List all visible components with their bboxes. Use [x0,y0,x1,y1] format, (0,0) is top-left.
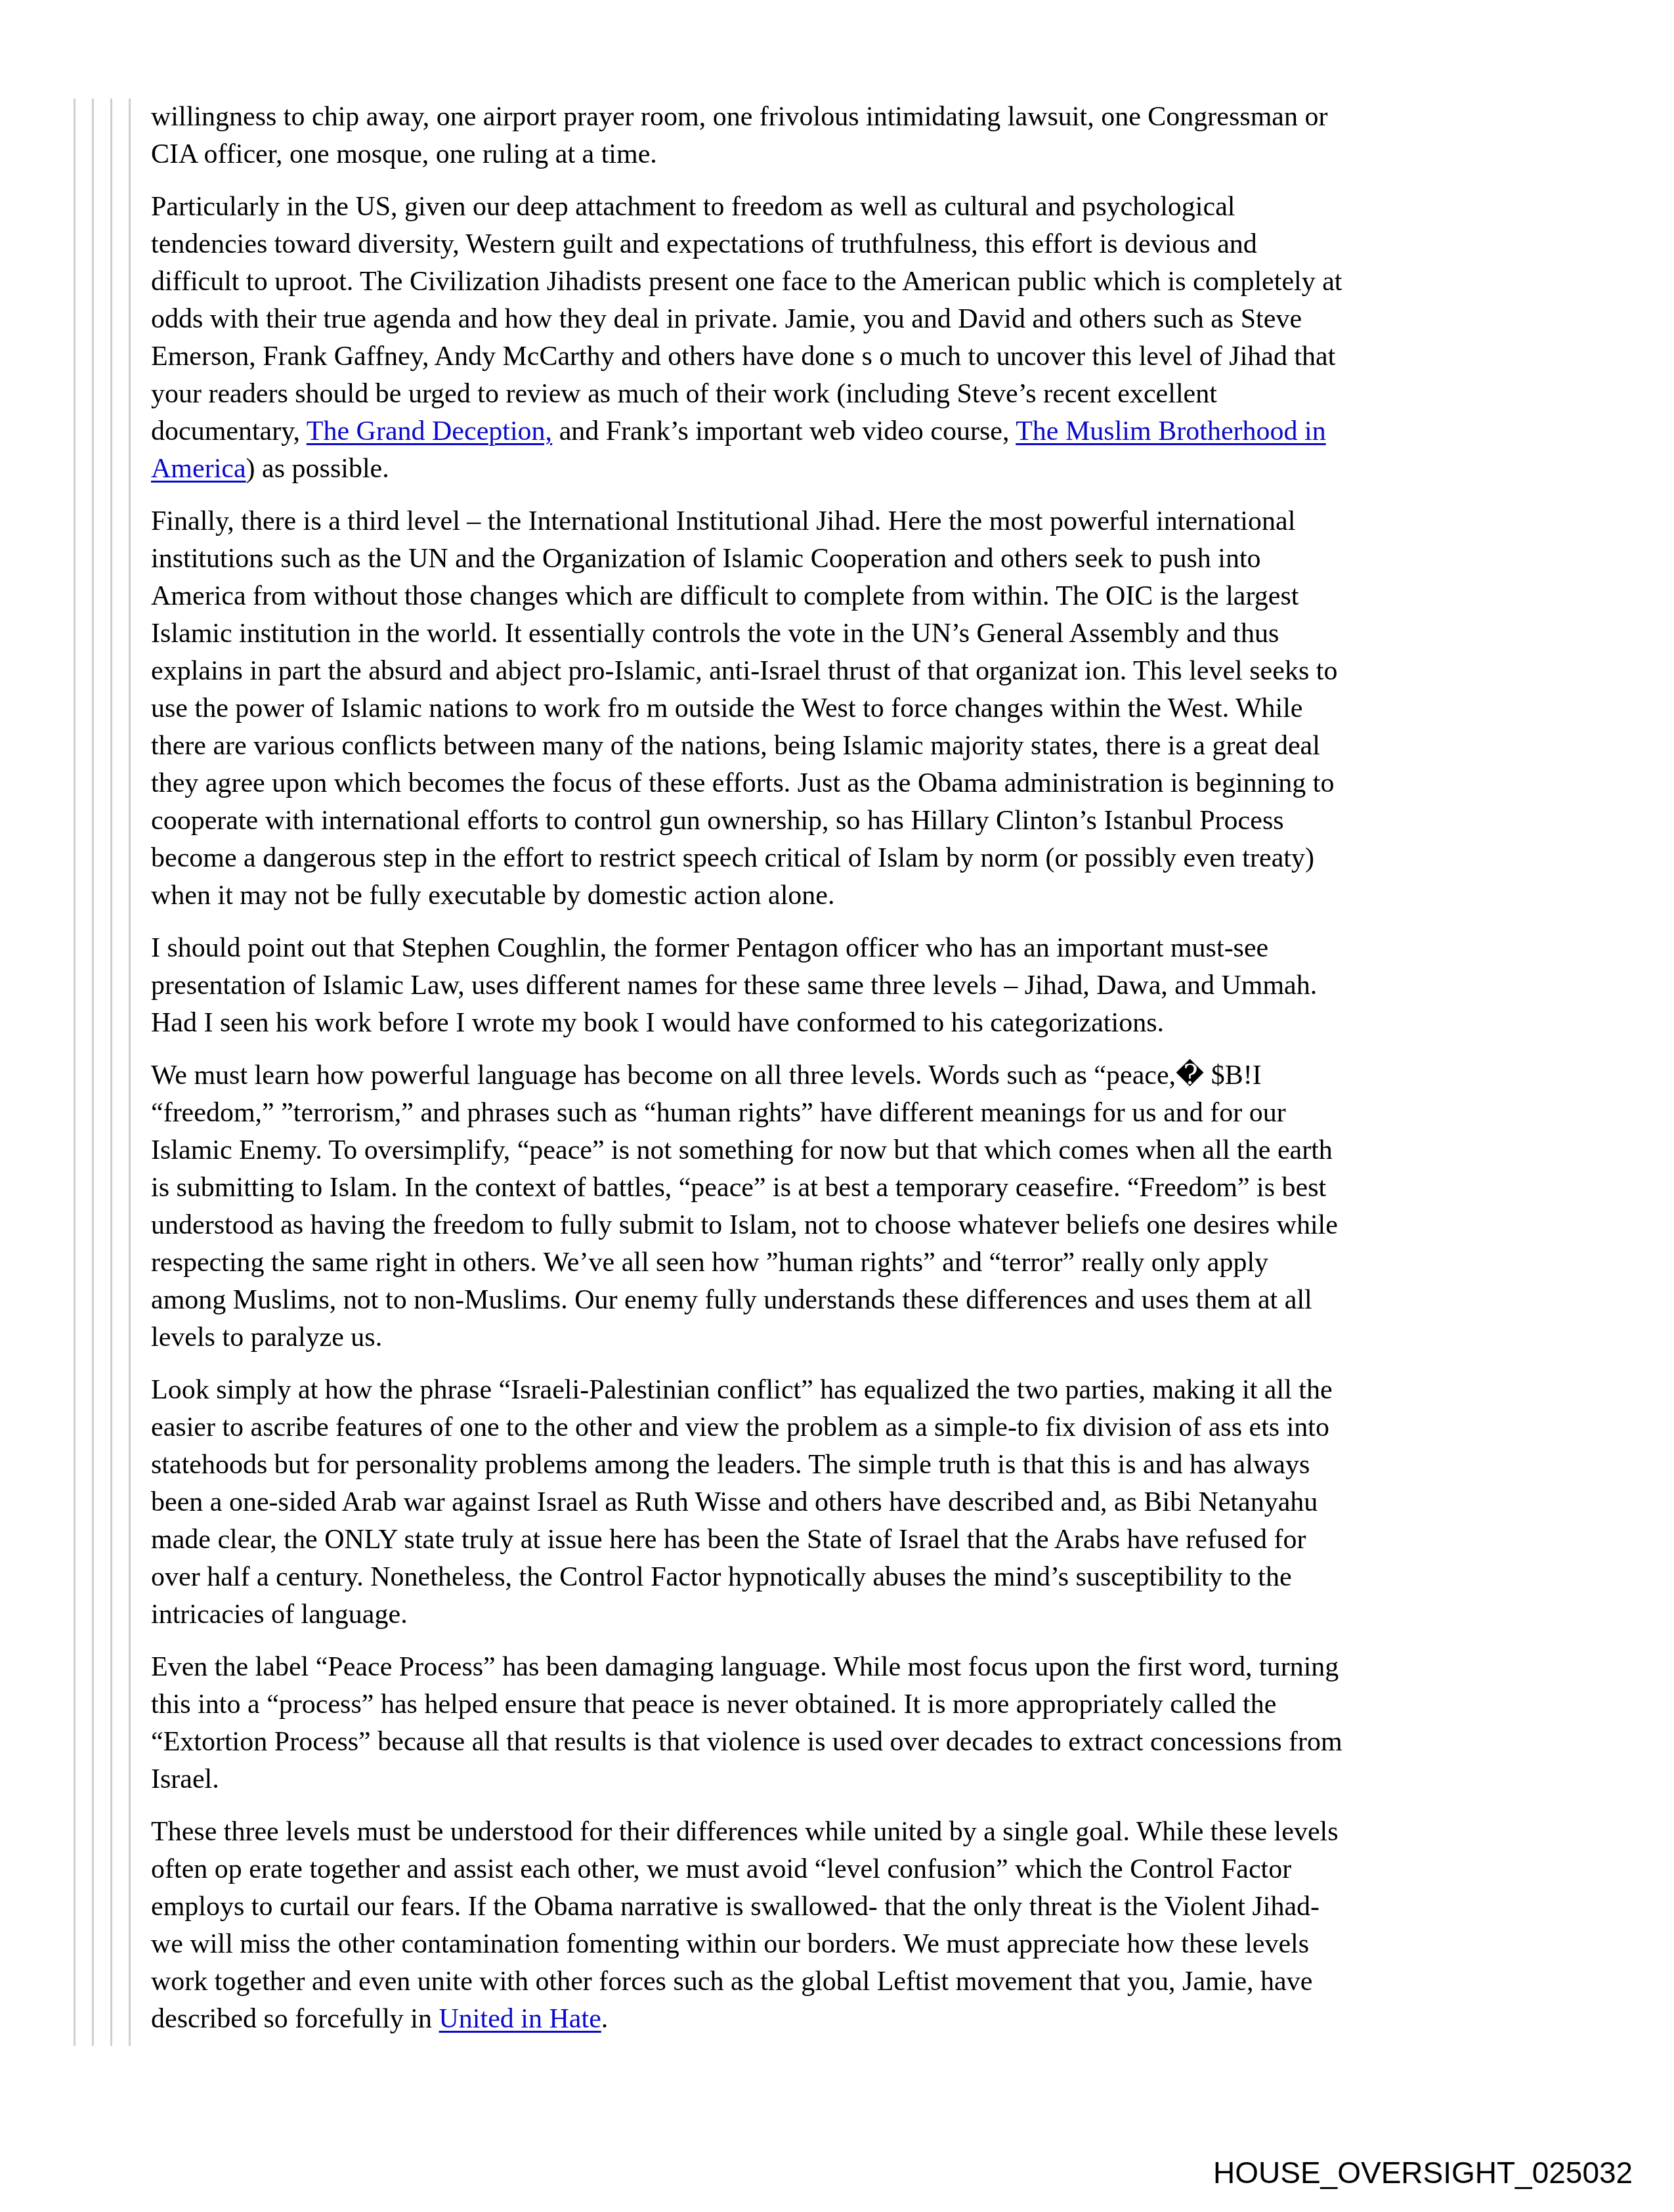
text-line: become a dangerous step in the effort to… [151,840,1569,877]
text-line: Emerson, Frank Gaffney, Andy McCarthy an… [151,338,1569,376]
text-line: “freedom,” ”terrorism,” and phrases such… [151,1095,1569,1132]
text-line: when it may not be fully executable by d… [151,877,1569,915]
text-line: intricacies of language. [151,1596,1569,1634]
text-line: there are various conflicts between many… [151,727,1569,765]
paragraph-peace-process: Even the label “Peace Process” has been … [151,1649,1569,1798]
text-fragment: and Frank’s important web video course, [552,416,1016,446]
text-line: “Extortion Process” because all that res… [151,1724,1569,1761]
document-body: willingness to chip away, one airport pr… [151,98,1569,2053]
text-line: tendencies toward diversity, Western gui… [151,226,1569,263]
paragraph-coughlin: I should point out that Stephen Coughlin… [151,930,1569,1042]
text-line: we will miss the other contamination fom… [151,1926,1569,1963]
bates-number: HOUSE_OVERSIGHT_025032 [1213,2155,1633,2190]
link-the-grand-deception[interactable]: The Grand Deception, [307,416,552,446]
text-line: These three levels must be understood fo… [151,1813,1569,1851]
text-line: described so forcefully in United in Hat… [151,2001,1569,2038]
quote-bar-3 [110,98,112,2046]
text-line: documentary, The Grand Deception, and Fr… [151,413,1569,450]
quote-bar-4 [129,98,131,2046]
text-line: America) as possible. [151,450,1569,488]
text-line: understood as having the freedom to full… [151,1207,1569,1244]
text-line: odds with their true agenda and how they… [151,301,1569,338]
text-line: often op erate together and assist each … [151,1851,1569,1888]
text-line: statehoods but for personality problems … [151,1446,1569,1484]
text-line: We must learn how powerful language has … [151,1057,1569,1095]
text-line: presentation of Islamic Law, uses differ… [151,967,1569,1005]
text-line: Israel. [151,1761,1569,1798]
text-line: levels to paralyze us. [151,1319,1569,1356]
text-line: Had I seen his work before I wrote my bo… [151,1005,1569,1042]
text-line: over half a century. Nonetheless, the Co… [151,1559,1569,1596]
text-line: I should point out that Stephen Coughlin… [151,930,1569,967]
link-united-in-hate[interactable]: United in Hate [439,2004,601,2034]
quote-bar-2 [92,98,94,2046]
text-line: this into a “process” has helped ensure … [151,1686,1569,1724]
text-fragment: . [601,2004,609,2034]
text-line: employs to curtail our fears. If the Oba… [151,1888,1569,1926]
text-fragment: described so forcefully in [151,2004,439,2034]
text-line: Look simply at how the phrase “Israeli-P… [151,1372,1569,1409]
text-fragment: ) as possible. [246,454,389,484]
text-line: work together and even unite with other … [151,1963,1569,2001]
text-line: CIA officer, one mosque, one ruling at a… [151,136,1569,173]
paragraph-institutional-jihad: Finally, there is a third level – the In… [151,503,1569,915]
paragraph-us-attachment: Particularly in the US, given our deep a… [151,188,1569,488]
text-line: cooperate with international efforts to … [151,802,1569,840]
text-line: Finally, there is a third level – the In… [151,503,1569,540]
text-line: Particularly in the US, given our deep a… [151,188,1569,226]
text-line: Even the label “Peace Process” has been … [151,1649,1569,1686]
text-line: respecting the same right in others. We’… [151,1244,1569,1282]
text-line: use the power of Islamic nations to work… [151,690,1569,727]
text-line: Islamic Enemy. To oversimplify, “peace” … [151,1132,1569,1169]
paragraph-three-levels: These three levels must be understood fo… [151,1813,1569,2038]
text-line: Islamic institution in the world. It ess… [151,615,1569,653]
text-line: willingness to chip away, one airport pr… [151,98,1569,136]
text-line: institutions such as the UN and the Orga… [151,540,1569,578]
quote-bar-1 [74,98,75,2046]
text-line: difficult to uproot. The Civilization Ji… [151,263,1569,301]
text-fragment: documentary, [151,416,307,446]
paragraph-israeli-palestinian: Look simply at how the phrase “Israeli-P… [151,1372,1569,1634]
text-line: been a one-sided Arab war against Israel… [151,1484,1569,1521]
text-line: they agree upon which becomes the focus … [151,765,1569,802]
link-muslim-brotherhood-part2[interactable]: America [151,454,246,484]
text-line: among Muslims, not to non-Muslims. Our e… [151,1282,1569,1319]
text-line: explains in part the absurd and abject p… [151,653,1569,690]
text-line: America from without those changes which… [151,578,1569,615]
text-line: your readers should be urged to review a… [151,376,1569,413]
paragraph-language: We must learn how powerful language has … [151,1057,1569,1356]
text-line: is submitting to Islam. In the context o… [151,1169,1569,1207]
text-line: made clear, the ONLY state truly at issu… [151,1521,1569,1559]
text-line: easier to ascribe features of one to the… [151,1409,1569,1446]
link-muslim-brotherhood-part1[interactable]: The Muslim Brotherhood in [1016,416,1325,446]
paragraph-chip-away: willingness to chip away, one airport pr… [151,98,1569,173]
